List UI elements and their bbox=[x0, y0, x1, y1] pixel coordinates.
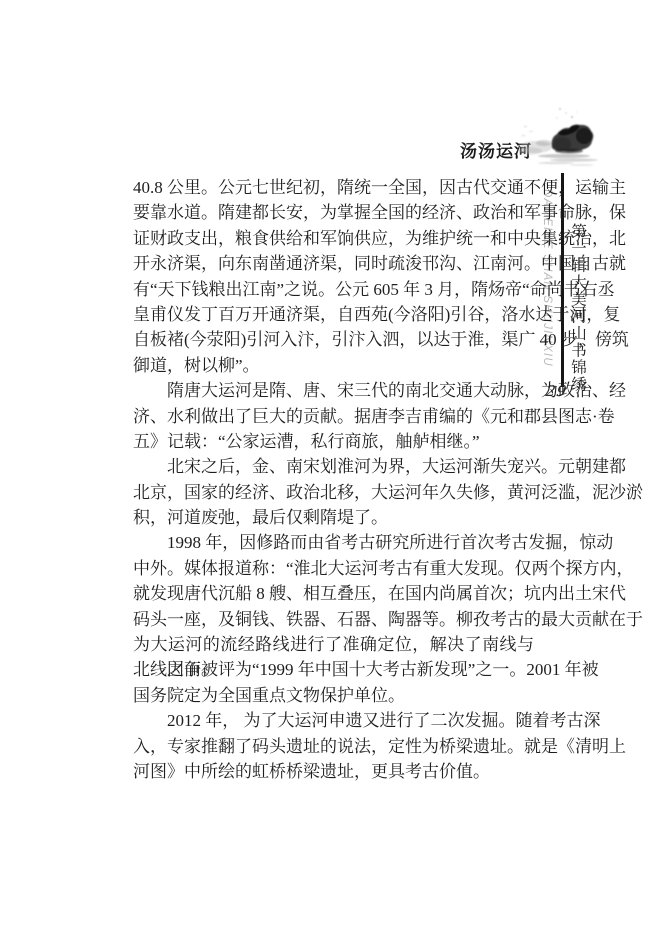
book-page: 汤汤运河 bbox=[0, 0, 665, 929]
body-line: 国务院定为全国重点文物保护单位。 bbox=[133, 683, 534, 708]
body-line: 1998 年，因修路而由省考古研究所进行首次考古发掘，惊动 bbox=[133, 530, 534, 555]
body-line: 皇甫仪发丁百万开通济渠，自西苑(今洛阳)引谷，洛水达于河，复 bbox=[133, 302, 534, 327]
body-line: 有“天下钱粮出江南”之说。公元 605 年 3 月，隋炀帝“命尚书右丞 bbox=[133, 277, 534, 302]
body-line: 五》记载：“公家运漕，私行商旅，舳舻相继。” bbox=[133, 429, 534, 454]
body-line: 北宋之后，金、南宋划淮河为界，大运河渐失宠兴。元朝建都 bbox=[133, 454, 534, 479]
body-line: 证财政支出，粮食供给和军饷供应，为维护统一和中央集统治，北 bbox=[133, 226, 534, 251]
body-line: 济、水利做出了巨大的贡献。据唐李吉甫编的《元和郡县图志·卷 bbox=[133, 404, 534, 429]
body-line: 40.8 公里。公元七世纪初，隋统一全国，因古代交通不便，运输主 bbox=[133, 175, 534, 200]
body-line: 要靠水道。隋建都长安，为掌握全国的经济、政治和军事命脉，保 bbox=[133, 200, 534, 225]
body-line: 御道，树以柳”。 bbox=[133, 353, 534, 378]
body-line: 码头一座，及铜钱、铁器、石器、陶器等。柳孜考古的最大贡献在于 bbox=[133, 607, 534, 632]
body-line: 就发现唐代沉船 8 艘、相互叠压，在国内尚属首次；坑内出土宋代 bbox=[133, 581, 534, 606]
body-line: 隋唐大运河是隋、唐、宋三代的南北交通大动脉，为政治、经 bbox=[133, 378, 534, 403]
body-text: 40.8 公里。公元七世纪初，隋统一全国，因古代交通不便，运输主要靠水道。隋建都… bbox=[133, 175, 534, 784]
body-line: 开永济渠，向东南凿通济渠，同时疏浚邗沟、江南河。中国自古就 bbox=[133, 251, 534, 276]
body-line: 2012 年， 为了大运河申遗又进行了二次发掘。随着考古深 bbox=[133, 708, 534, 733]
body-line: 北京，国家的经济、政治北移，大运河年久失修，黄河泛滥，泥沙淤 bbox=[133, 480, 534, 505]
body-line: 中外。媒体报道称：“淮北大运河考古有重大发现。仅两个探方内， bbox=[133, 556, 534, 581]
body-line: 河图》中所绘的虹桥桥梁遗址，更具考古价值。 bbox=[133, 759, 534, 784]
ink-painting-illustration bbox=[514, 104, 610, 174]
body-line: 入，专家推翻了码头遗址的说法，定性为桥梁遗址。就是《清明上 bbox=[133, 734, 534, 759]
body-line: 因而被评为“1999 年中国十大考古新发现”之一。2001 年被 bbox=[133, 657, 534, 682]
body-line: 积，河道废弛，最后仅剩隋堤了。 bbox=[133, 505, 534, 530]
body-line: 自板褚(今荥阳)引河入汴，引汴入泗，以达于淮，渠广 40 步，傍筑 bbox=[133, 327, 534, 352]
body-line: 为大运河的流经路线进行了准确定位，解决了南线与北线之争。 bbox=[133, 632, 534, 657]
